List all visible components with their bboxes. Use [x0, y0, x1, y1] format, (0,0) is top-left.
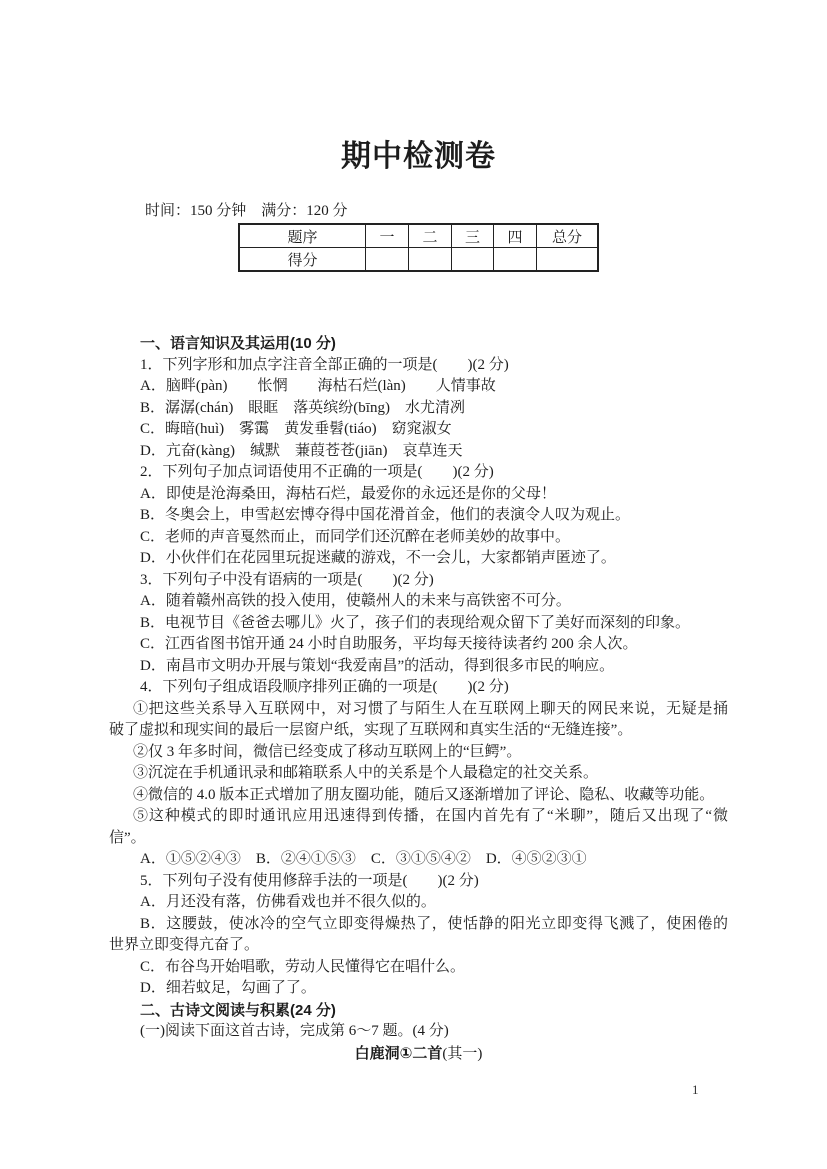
score-table-empty-cell	[494, 248, 537, 272]
score-table-empty-cell	[409, 248, 452, 272]
score-table-header-cell: 总分	[537, 224, 599, 248]
page-title: 期中检测卷	[109, 131, 728, 175]
text-line: 世界立即变得亢奋了。	[109, 935, 728, 957]
score-table: 题序一二三四总分得分	[238, 223, 599, 272]
text-line: C．江西省图书馆开通 24 小时自助服务，平均每天接待读者约 200 余人次。	[109, 634, 728, 656]
section-1-heading: 一、语言知识及其运用(10 分)	[109, 333, 728, 355]
text-line: A．随着赣州高铁的投入使用，使赣州人的未来与高铁密不可分。	[109, 591, 728, 613]
text-line: 2．下列句子加点词语使用不正确的一项是( )(2 分)	[109, 462, 728, 484]
score-table-score-label: 得分	[239, 248, 366, 272]
score-table-empty-cell	[366, 248, 409, 272]
text-line: ④微信的 4.0 版本正式增加了朋友圈功能，随后又逐渐增加了评论、隐私、收藏等功…	[109, 785, 728, 807]
score-table-header-cell: 三	[452, 224, 494, 248]
text-line: D．细若蚊足，勾画了了。	[109, 978, 728, 1000]
section-2-heading: 二、古诗文阅读与积累(24 分)	[109, 1000, 728, 1022]
text-line: D．南昌市文明办开展与策划“我爱南昌”的活动，得到很多市民的响应。	[109, 656, 728, 678]
poem-title-note: (其一)	[442, 1046, 482, 1062]
poem-title: 白鹿洞①二首	[355, 1045, 443, 1062]
text-line: C．老师的声音戛然而止，而同学们还沉醉在老师美妙的故事中。	[109, 527, 728, 549]
text-line: B．潺潺(chán) 眼眶 落英缤纷(bīng) 水尤清冽	[109, 398, 728, 420]
poem-title-line: 白鹿洞①二首(其一)	[109, 1043, 728, 1066]
score-table-header-cell: 四	[494, 224, 537, 248]
exam-time-score-line: 时间：150 分钟 满分：120 分	[145, 201, 348, 222]
score-table-header-cell: 一	[366, 224, 409, 248]
text-line: B．电视节目《爸爸去哪儿》火了，孩子们的表现给观众留下了美好而深刻的印象。	[109, 613, 728, 635]
text-line: (一)阅读下面这首古诗，完成第 6～7 题。(4 分)	[109, 1021, 728, 1043]
text-line: ⑤这种模式的即时通讯应用迅速得到传播，在国内首先有了“米聊”，随后又出现了“微	[109, 806, 728, 828]
text-line: 1．下列字形和加点字注音全部正确的一项是( )(2 分)	[109, 355, 728, 377]
text-line: A．月还没有落，仿佛看戏也并不很久似的。	[109, 892, 728, 914]
text-line: ③沉淀在手机通讯录和邮箱联系人中的关系是个人最稳定的社交关系。	[109, 763, 728, 785]
text-line: C．晦暗(huì) 雾霭 黄发垂髫(tiáo) 窈窕淑女	[109, 419, 728, 441]
text-line: D．小伙伴们在花园里玩捉迷藏的游戏，不一会儿，大家都销声匿迹了。	[109, 548, 728, 570]
text-line: 5．下列句子没有使用修辞手法的一项是( )(2 分)	[109, 871, 728, 893]
text-line: D．亢奋(kàng) 缄默 蒹葭苍苍(jiān) 哀草连天	[109, 441, 728, 463]
score-table-empty-cell	[537, 248, 599, 272]
text-line: 信”。	[109, 828, 728, 850]
text-line: 3．下列句子中没有语病的一项是( )(2 分)	[109, 570, 728, 592]
page-number: 1	[692, 1082, 699, 1098]
text-line: 4．下列句子组成语段顺序排列正确的一项是( )(2 分)	[109, 677, 728, 699]
text-line: B．冬奥会上，申雪赵宏博夺得中国花滑首金，他们的表演令人叹为观止。	[109, 505, 728, 527]
text-line: C．布谷鸟开始唱歌，劳动人民懂得它在唱什么。	[109, 957, 728, 979]
exam-body: 一、语言知识及其运用(10 分)1．下列字形和加点字注音全部正确的一项是( )(…	[109, 333, 728, 1065]
text-line: 破了虚拟和现实间的最后一层窗户纸，实现了互联网和真实生活的“无缝连接”。	[109, 720, 728, 742]
text-line: A．即使是沧海桑田，海枯石烂，最爱你的永远还是你的父母！	[109, 484, 728, 506]
text-line: ①把这些关系导入互联网中，对习惯了与陌生人在互联网上聊天的网民来说，无疑是捅	[109, 699, 728, 721]
text-line: ②仅 3 年多时间，微信已经变成了移动互联网上的“巨鳄”。	[109, 742, 728, 764]
text-line: B．这腰鼓，使冰冷的空气立即变得燥热了，使恬静的阳光立即变得飞溅了，使困倦的	[109, 914, 728, 936]
score-table-question-order-label: 题序	[239, 224, 366, 248]
text-line: A．脑畔(pàn) 怅惘 海枯石烂(làn) 人情事故	[109, 376, 728, 398]
text-line: A．①⑤②④③ B．②④①⑤③ C．③①⑤④② D．④⑤②③①	[109, 849, 728, 871]
score-table-empty-cell	[452, 248, 494, 272]
score-table-header-cell: 二	[409, 224, 452, 248]
exam-paper-page: 期中检测卷 时间：150 分钟 满分：120 分 题序一二三四总分得分 一、语言…	[0, 0, 827, 1169]
